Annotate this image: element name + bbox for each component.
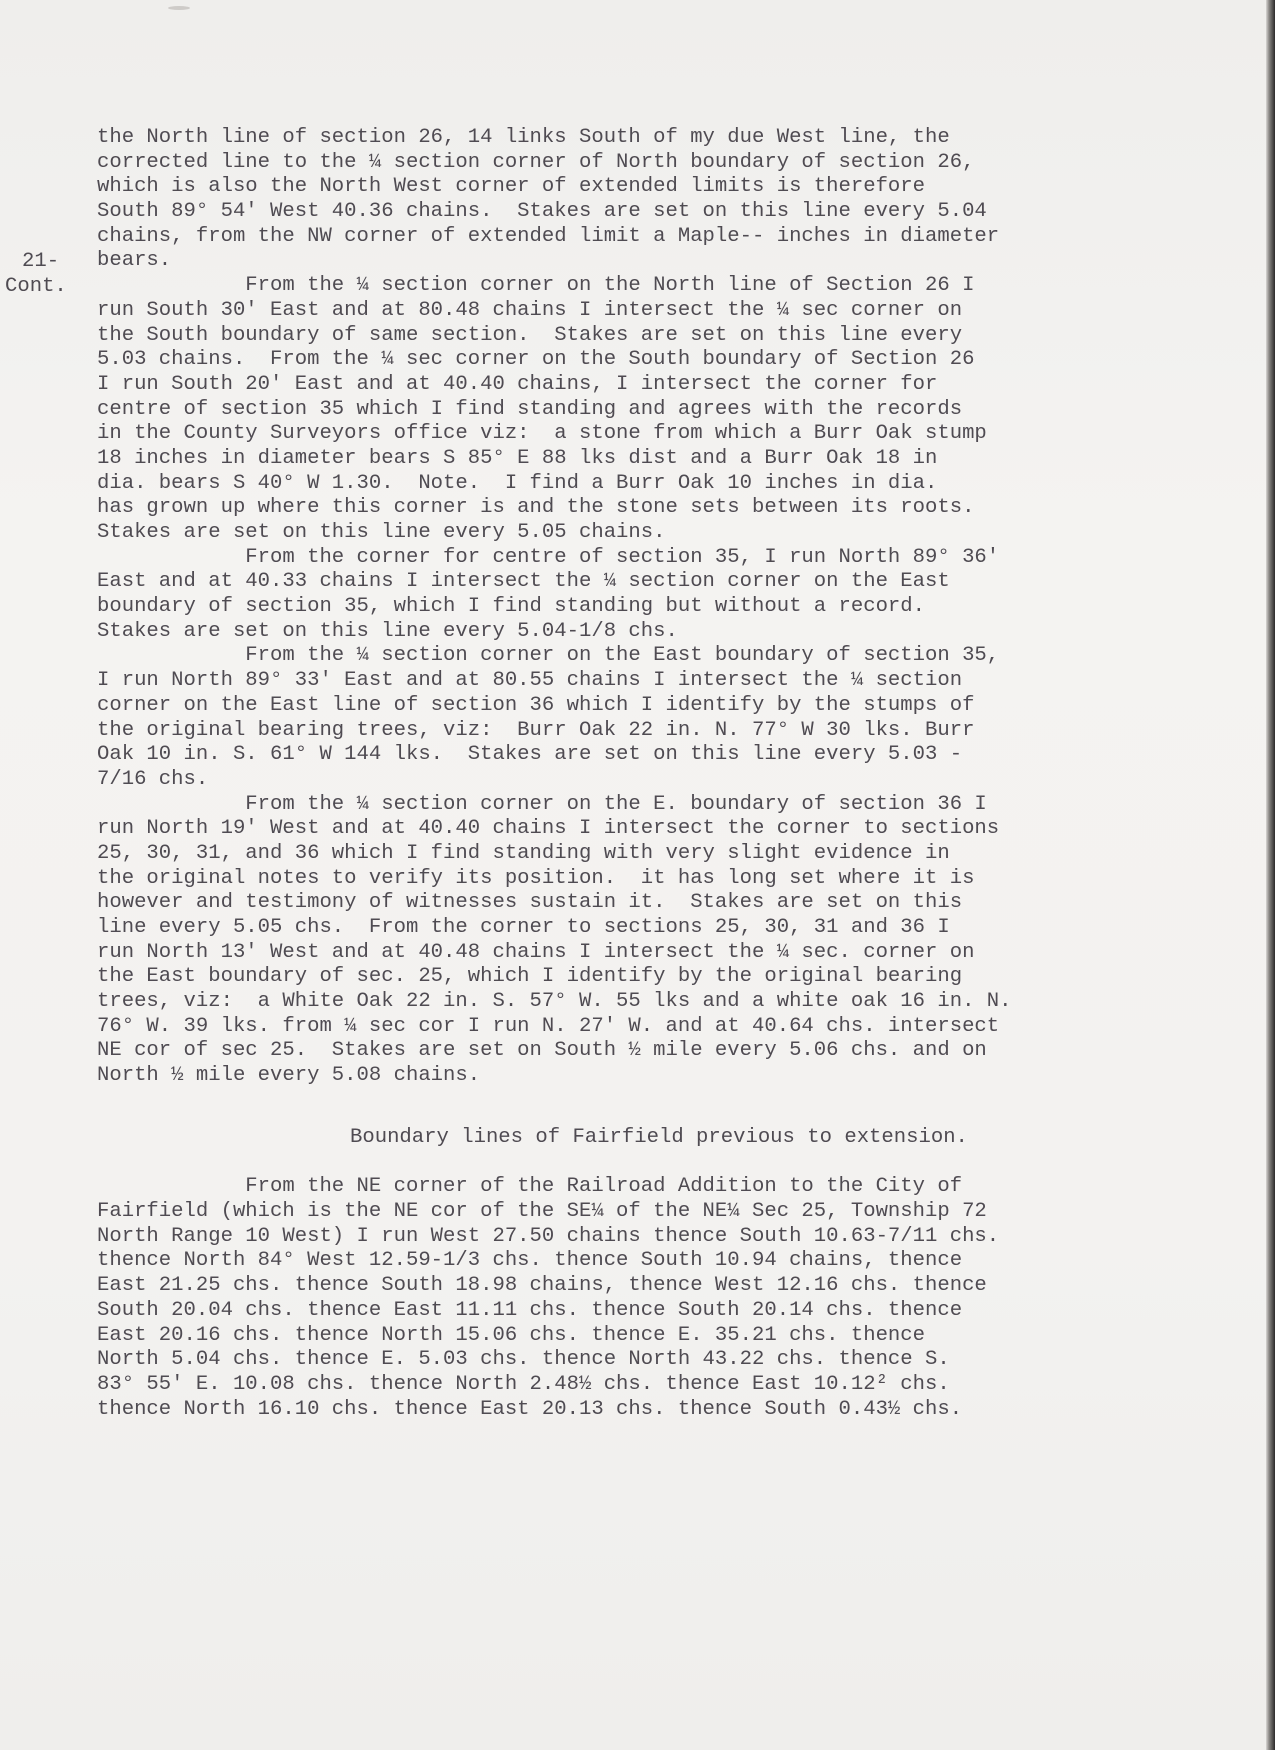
text-line: From the ¼ section corner on the North l… (97, 274, 1012, 299)
text-line: 18 inches in diameter bears S 85° E 88 l… (97, 447, 1012, 472)
text-line: South 20.04 chs. thence East 11.11 chs. … (97, 1299, 999, 1324)
text-line: centre of section 35 which I find standi… (97, 398, 1012, 423)
text-line: 7/16 chs. (97, 768, 1012, 793)
text-line: boundary of section 35, which I find sta… (97, 595, 1012, 620)
scan-edge-border (1266, 0, 1275, 1750)
text-line: North ½ mile every 5.08 chains. (97, 1064, 1012, 1089)
text-line: run North 19' West and at 40.40 chains I… (97, 817, 1012, 842)
text-line: has grown up where this corner is and th… (97, 496, 1012, 521)
text-line: 76° W. 39 lks. from ¼ sec cor I run N. 2… (97, 1015, 1012, 1040)
text-line: South 89° 54' West 40.36 chains. Stakes … (97, 200, 1012, 225)
text-line: NE cor of sec 25. Stakes are set on Sout… (97, 1039, 1012, 1064)
margin-note-page-number: 21- (22, 250, 59, 275)
text-line: line every 5.05 chs. From the corner to … (97, 916, 1012, 941)
paper-smudge (168, 6, 190, 10)
text-line: corner on the East line of section 36 wh… (97, 694, 1012, 719)
text-line: Stakes are set on this line every 5.05 c… (97, 521, 1012, 546)
text-line: the original notes to verify its positio… (97, 867, 1012, 892)
text-line: dia. bears S 40° W 1.30. Note. I find a … (97, 472, 1012, 497)
text-line: Oak 10 in. S. 61° W 144 lks. Stakes are … (97, 743, 1012, 768)
text-line: run South 30' East and at 80.48 chains I… (97, 299, 1012, 324)
text-line: run North 13' West and at 40.48 chains I… (97, 941, 1012, 966)
text-line: I run South 20' East and at 40.40 chains… (97, 373, 1012, 398)
text-line: thence North 16.10 chs. thence East 20.1… (97, 1398, 999, 1423)
text-line: Stakes are set on this line every 5.04-1… (97, 620, 1012, 645)
text-line: East 21.25 chs. thence South 18.98 chain… (97, 1274, 999, 1299)
text-line: 5.03 chains. From the ¼ sec corner on th… (97, 348, 1012, 373)
text-line: corrected line to the ¼ section corner o… (97, 151, 1012, 176)
text-line: however and testimony of witnesses susta… (97, 891, 1012, 916)
text-line: I run North 89° 33' East and at 80.55 ch… (97, 669, 1012, 694)
text-line: Fairfield (which is the NE cor of the SE… (97, 1200, 999, 1225)
text-line: 25, 30, 31, and 36 which I find standing… (97, 842, 1012, 867)
text-line: From the NE corner of the Railroad Addit… (97, 1175, 999, 1200)
text-line: chains, from the NW corner of extended l… (97, 225, 1012, 250)
boundary-lines-body: From the NE corner of the Railroad Addit… (97, 1126, 999, 1422)
margin-note-continued: Cont. (5, 275, 67, 300)
text-line: East and at 40.33 chains I intersect the… (97, 570, 1012, 595)
text-line: the East boundary of sec. 25, which I id… (97, 965, 1012, 990)
text-line: From the ¼ section corner on the East bo… (97, 644, 1012, 669)
text-line: the North line of section 26, 14 links S… (97, 126, 1012, 151)
text-line (97, 1126, 999, 1151)
text-line: which is also the North West corner of e… (97, 175, 1012, 200)
text-line: in the County Surveyors office viz: a st… (97, 422, 1012, 447)
survey-notes-body: the North line of section 26, 14 links S… (97, 126, 1012, 1089)
text-line: From the corner for centre of section 35… (97, 546, 1012, 571)
text-line: East 20.16 chs. thence North 15.06 chs. … (97, 1324, 999, 1349)
text-line: the South boundary of same section. Stak… (97, 324, 1012, 349)
text-line: From the ¼ section corner on the E. boun… (97, 793, 1012, 818)
text-line: trees, viz: a White Oak 22 in. S. 57° W.… (97, 990, 1012, 1015)
text-line: the original bearing trees, viz: Burr Oa… (97, 719, 1012, 744)
text-line (97, 1151, 999, 1176)
text-line: 83° 55' E. 10.08 chs. thence North 2.48½… (97, 1373, 999, 1398)
text-line: thence North 84° West 12.59-1/3 chs. the… (97, 1249, 999, 1274)
text-line: bears. (97, 249, 1012, 274)
text-line: North Range 10 West) I run West 27.50 ch… (97, 1225, 999, 1250)
text-line: North 5.04 chs. thence E. 5.03 chs. then… (97, 1348, 999, 1373)
